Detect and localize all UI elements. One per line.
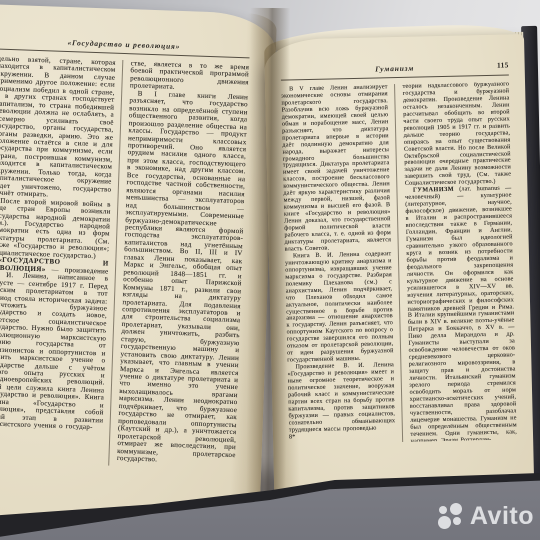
avito-wordmark: Avito: [470, 502, 534, 531]
paragraph: В I главе книги Ленин разъясняет, что го…: [117, 90, 248, 467]
avito-watermark: Avito: [438, 502, 534, 531]
paragraph-text: (лат. humanus — человечный) — культурное…: [405, 185, 517, 442]
right-running-head: Гуманизм: [281, 61, 509, 75]
paragraph: Книга В. И. Ленина содержит уничтожающую…: [285, 251, 394, 365]
left-page-text-block: дельно взятой, стране, которая находится…: [0, 56, 249, 471]
paragraph: «ГОСУДАРСТВО И РЕВОЛЮЦИЯ» — произведение…: [0, 257, 109, 432]
right-page-column-1: В V главе Ленин анализирует экономически…: [281, 84, 396, 444]
left-page-column-2: стве, является в то же время боевой прак…: [108, 60, 250, 470]
paragraph-text: — произведение В. И. Ленина, написанное …: [0, 265, 109, 431]
right-page: Гуманизм 115 В V главе Ленин анализирует…: [264, 34, 535, 510]
right-page-number: 115: [497, 60, 509, 69]
avito-logo-icon: [438, 503, 465, 530]
paragraph: теории надклассового буржуазного государ…: [403, 81, 512, 188]
paragraph: В V главе Ленин анализирует экономически…: [281, 84, 391, 253]
paragraph: ГУМАНИЗМ (лат. humanus — человечный) — к…: [405, 186, 517, 442]
left-page-column-1: дельно взятой, стране, которая находится…: [0, 56, 116, 466]
paragraph: Произведение В. И. Ленина «Государство и…: [287, 362, 395, 434]
left-page: 114 «Государство и революция» дельно взя…: [0, 2, 277, 526]
right-page-text-block: В V главе Ленин анализирует экономически…: [281, 81, 517, 444]
book-photo-scene: 114 «Государство и революция» дельно взя…: [0, 0, 540, 540]
paragraph: После второй мировой войны в ряде стран …: [0, 197, 111, 261]
paragraph: дельно взятой, стране, которая находится…: [0, 56, 116, 202]
right-page-column-2: теории надклассового буржуазного государ…: [394, 81, 518, 442]
